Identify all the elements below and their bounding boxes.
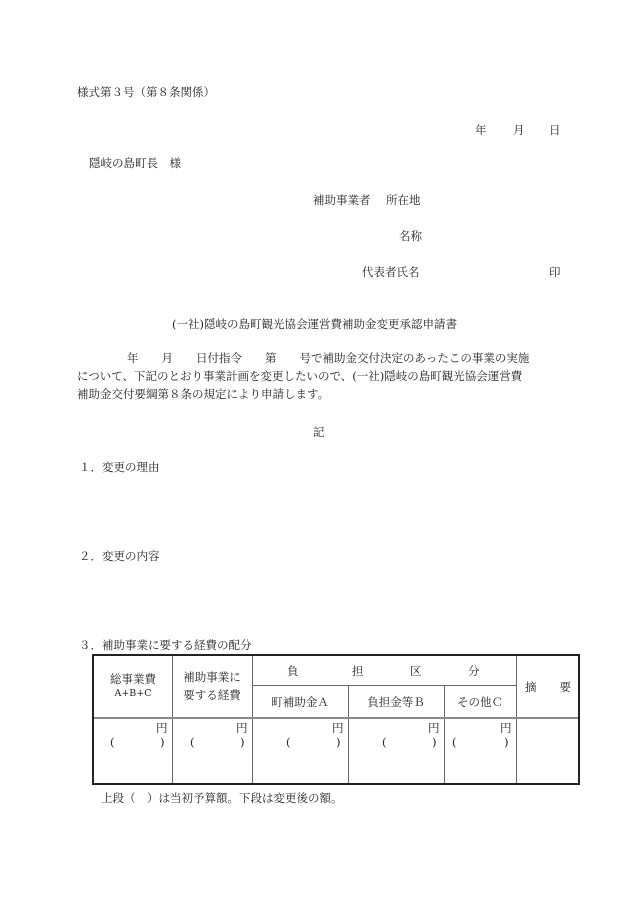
header-subsidy-cost-2: 要する経費 <box>172 687 252 703</box>
paren-close-contribution: ) <box>432 735 437 749</box>
unit-town-subsidy: 円 <box>332 720 344 736</box>
seal-mark: 印 <box>549 264 561 280</box>
date-year: 年 <box>475 122 487 138</box>
body-line-1: 年 月 日付指令 第 号で補助金交付決定のあったこの事業の実施 <box>127 350 529 366</box>
paren-open-town-subsidy: ( <box>286 735 291 749</box>
paren-open-contribution: ( <box>382 735 387 749</box>
paren-close-other: ) <box>504 735 509 749</box>
unit-other: 円 <box>500 720 512 736</box>
header-burden-1: 負 <box>287 663 299 679</box>
header-other: その他Ｃ <box>444 694 516 710</box>
body-line-2: について、下記のとおり事業計画を変更したいので、(一社)隠岐の島町観光協会運営費 <box>77 368 522 384</box>
paren-close-town-subsidy: ) <box>336 735 341 749</box>
form-number: 様式第３号（第８条関係） <box>77 84 215 100</box>
representative-label: 代表者氏名 <box>362 264 420 280</box>
paren-close-subsidy-cost: ) <box>240 735 245 749</box>
header-burden-3: 区 <box>410 663 422 679</box>
document-title: (一社)隠岐の島町観光協会運営費補助金変更承認申請書 <box>172 316 457 332</box>
paren-open-total: ( <box>110 735 115 749</box>
header-total: 総事業費 <box>94 671 172 687</box>
header-total-sub: A+B+C <box>94 688 172 699</box>
address-label: 所在地 <box>386 192 421 208</box>
table-footnote: 上段（ ）は当初予算額。下段は変更後の額。 <box>101 790 343 806</box>
date-day: 日 <box>549 122 561 138</box>
header-burden-4: 分 <box>468 663 480 679</box>
header-remarks: 摘 要 <box>516 679 580 695</box>
section-content: ２．変更の内容 <box>79 548 160 564</box>
header-town-subsidy: 町補助金Ａ <box>252 694 348 710</box>
expense-table: 総事業費 A+B+C 補助事業に 要する経費 負 担 区 分 町補助金Ａ 負担金… <box>92 654 580 785</box>
paren-open-subsidy-cost: ( <box>190 735 195 749</box>
header-burden-2: 担 <box>352 663 364 679</box>
section-expense: ３．補助事業に要する経費の配分 <box>79 637 252 653</box>
date-month: 月 <box>513 122 525 138</box>
unit-contribution: 円 <box>428 720 440 736</box>
header-contribution: 負担金等Ｂ <box>348 694 444 710</box>
addressee: 隠岐の島町長 様 <box>89 155 181 171</box>
paren-close-total: ) <box>160 735 165 749</box>
ki-heading: 記 <box>313 424 325 440</box>
unit-subsidy-cost: 円 <box>236 720 248 736</box>
section-reason: １．変更の理由 <box>79 459 160 475</box>
name-label: 名称 <box>399 228 422 244</box>
applicant-label: 補助事業者 <box>313 192 371 208</box>
paren-open-other: ( <box>452 735 457 749</box>
header-subsidy-cost-1: 補助事業に <box>172 669 252 685</box>
unit-total: 円 <box>156 720 168 736</box>
body-line-3: 補助金交付要綱第８条の規定により申請します。 <box>77 386 329 402</box>
